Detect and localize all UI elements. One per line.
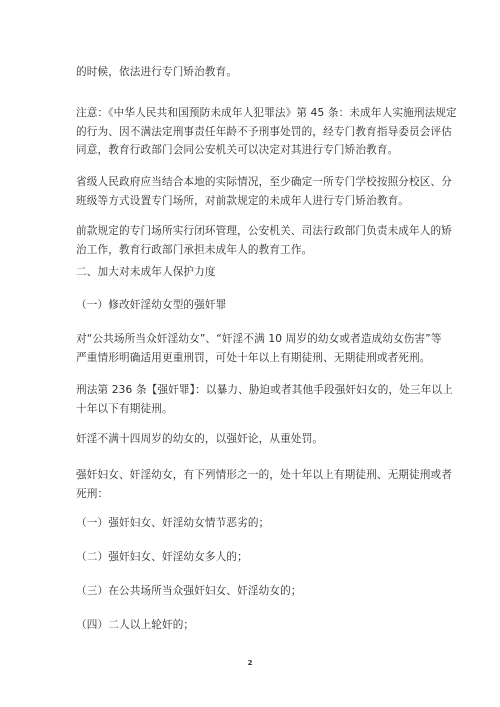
text-line: （二）强奸妇女、奸淫幼女多人的；	[76, 548, 428, 567]
text-line: 注意：《中华人民共和国预防未成年人犯罪法》第 45 条：未成年人实施刑法规定	[76, 104, 428, 123]
text-line: 的时候，依法进行专门矫治教育。	[76, 63, 428, 82]
list-item-4: （四）二人以上轮奸的；	[76, 616, 428, 635]
section-heading-2: 二、加大对未成年人保护力度	[76, 263, 428, 282]
text-line: 奸淫不满十四周岁的幼女的，以强奸论，从重处罚。	[76, 430, 428, 449]
text-line: 省级人民政府应当结合本地的实际情况，至少确定一所专门学校按照分校区、分	[76, 173, 428, 192]
paragraph-note-article-45: 注意：《中华人民共和国预防未成年人犯罪法》第 45 条：未成年人实施刑法规定 的…	[76, 104, 428, 160]
text-line: 对“公共场所当众奸淫幼女”、“奸淫不满 10 周岁的幼女或者造成幼女伤害”等	[76, 330, 428, 349]
text-line: 刑法第 236 条【强奸罪】：以暴力、胁迫或者其他手段强奸妇女的，处三年以上	[76, 381, 428, 400]
text-line: 治工作，教育行政部门承担未成年人的教育工作。	[76, 241, 428, 260]
paragraph-under-fourteen: 奸淫不满十四周岁的幼女的，以强奸论，从重处罚。	[76, 430, 428, 449]
paragraph-severe-cases: 对“公共场所当众奸淫幼女”、“奸淫不满 10 周岁的幼女或者造成幼女伤害”等 严…	[76, 330, 428, 367]
text-line: 死刑：	[76, 485, 428, 504]
list-item-3: （三）在公共场所当众强奸妇女、奸淫幼女的；	[76, 582, 428, 601]
paragraph-continuation: 的时候，依法进行专门矫治教育。	[76, 63, 428, 82]
paragraph-article-236: 刑法第 236 条【强奸罪】：以暴力、胁迫或者其他手段强奸妇女的，处三年以上 十…	[76, 381, 428, 418]
text-line: 同意，教育行政部门会同公安机关可以决定对其进行专门矫治教育。	[76, 141, 428, 160]
heading-text: 二、加大对未成年人保护力度	[76, 263, 428, 282]
list-item-2: （二）强奸妇女、奸淫幼女多人的；	[76, 548, 428, 567]
list-item-1: （一）强奸妇女、奸淫幼女情节恶劣的；	[76, 514, 428, 533]
text-line: 严重情形明确适用更重刑罚，可处十年以上有期徒刑、无期徒刑或者死刑。	[76, 349, 428, 368]
text-line: （一）强奸妇女、奸淫幼女情节恶劣的；	[76, 514, 428, 533]
text-line: 班级等方式设置专门场所，对前款规定的未成年人进行专门矫治教育。	[76, 192, 428, 211]
text-line: （四）二人以上轮奸的；	[76, 616, 428, 635]
text-line: 强奸妇女、奸淫幼女，有下列情形之一的，处十年以上有期徒刑、无期徒刑或者	[76, 466, 428, 485]
subsection-heading-1: （一）修改奸淫幼女型的强奸罪	[76, 296, 428, 315]
paragraph-aggravating-circumstances: 强奸妇女、奸淫幼女，有下列情形之一的，处十年以上有期徒刑、无期徒刑或者 死刑：	[76, 466, 428, 503]
text-line: （三）在公共场所当众强奸妇女、奸淫幼女的；	[76, 582, 428, 601]
paragraph-closed-management: 前款规定的专门场所实行闭环管理，公安机关、司法行政部门负责未成年人的矫 治工作，…	[76, 222, 428, 259]
page-number: 2	[0, 659, 500, 667]
text-line: 的行为、因不满法定刑事责任年龄不予刑事处罚的，经专门教育指导委员会评估	[76, 123, 428, 142]
text-line: 前款规定的专门场所实行闭环管理，公安机关、司法行政部门负责未成年人的矫	[76, 222, 428, 241]
text-line: 十年以下有期徒刑。	[76, 400, 428, 419]
paragraph-provincial-government: 省级人民政府应当结合本地的实际情况，至少确定一所专门学校按照分校区、分 班级等方…	[76, 173, 428, 210]
document-page: 的时候，依法进行专门矫治教育。 注意：《中华人民共和国预防未成年人犯罪法》第 4…	[0, 0, 500, 707]
heading-text: （一）修改奸淫幼女型的强奸罪	[76, 296, 428, 315]
